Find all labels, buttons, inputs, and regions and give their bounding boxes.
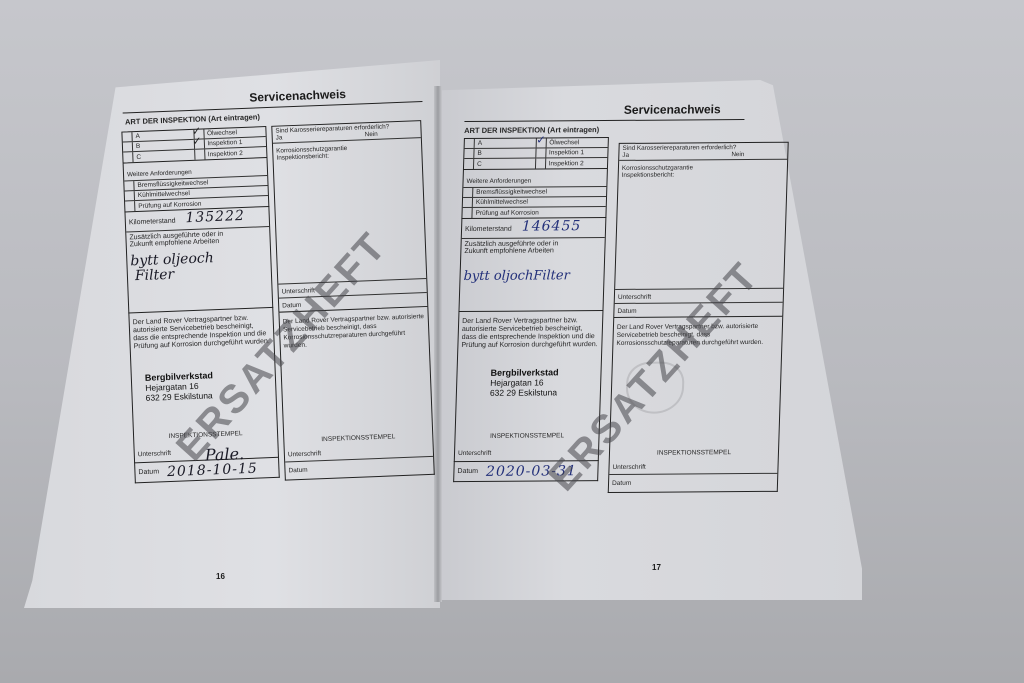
inspection-type-heading: ART DER INSPEKTION (Art eintragen) xyxy=(464,124,819,135)
additional-work-label: Zusätzlich ausgeführte oder in Zukunft e… xyxy=(129,230,239,248)
title-divider xyxy=(464,119,744,122)
odometer-field[interactable]: Kilometerstand 146455 xyxy=(462,218,606,239)
handwriting-line: Filter xyxy=(135,264,268,284)
checkbox[interactable] xyxy=(195,149,205,159)
corrosion-report-field[interactable]: Korrosionsschutzgarantie Inspektionsberi… xyxy=(615,160,787,289)
additional-work-label: Zusätzlich ausgeführte oder in Zukunft e… xyxy=(464,240,579,255)
checkbox[interactable] xyxy=(535,158,545,168)
page-number-right: 17 xyxy=(652,563,661,572)
handwriting-line: bytt oljochFilter xyxy=(463,268,600,284)
signature-label: Unterschrift xyxy=(138,450,172,459)
answer-no[interactable]: Nein xyxy=(365,131,378,138)
page-number-left: 16 xyxy=(216,572,225,581)
checkbox[interactable] xyxy=(536,148,546,157)
checkbox[interactable] xyxy=(124,181,134,190)
checkmark-icon[interactable]: ✓ xyxy=(536,138,546,147)
certification-text: Der Land Rover Vertragspartner bzw. auto… xyxy=(133,314,271,351)
stamp-label: INSPEKTIONSSTEMPEL xyxy=(610,449,778,458)
option-a[interactable]: A xyxy=(465,139,536,149)
additional-work-field[interactable]: Zusätzlich ausgeführte oder in Zukunft e… xyxy=(459,238,604,311)
additional-work-handwriting: bytt oljeoch Filter xyxy=(130,249,268,284)
signature-label: Unterschrift xyxy=(288,450,322,459)
answer-yes[interactable]: Ja xyxy=(276,134,283,141)
checkbox[interactable] xyxy=(462,208,472,218)
further-requirements-heading: Weitere Anforderungen xyxy=(463,169,607,188)
dealer-name: Bergbilverkstad xyxy=(490,367,558,377)
further-requirements: Weitere Anforderungen Bremsflüssigkeitwe… xyxy=(123,158,270,213)
checkbox[interactable] xyxy=(123,152,133,162)
checkmark-icon[interactable]: ✓ xyxy=(194,139,204,148)
stamp-label: INSPEKTIONSSTEMPEL xyxy=(284,432,432,446)
checkbox[interactable] xyxy=(463,188,473,197)
checkbox[interactable] xyxy=(464,159,474,169)
checkbox[interactable] xyxy=(464,149,474,158)
corrosion-report-label: Korrosionsschutzgarantie Inspektionsberi… xyxy=(276,144,366,161)
checkbox[interactable] xyxy=(125,191,135,200)
date-label: Datum xyxy=(138,468,159,476)
option-oil-change[interactable]: ✓Ölwechsel xyxy=(536,138,608,149)
booklet-spine xyxy=(434,86,442,602)
inspection-type-grid: A B C ✓Ölwechsel Inspektion 1 Inspektion… xyxy=(463,137,609,170)
option-inspection-2[interactable]: Inspektion 2 xyxy=(535,158,607,169)
odometer-value: 146455 xyxy=(522,218,582,234)
additional-work-field[interactable]: Zusätzlich ausgeführte oder in Zukunft e… xyxy=(126,227,272,312)
page-title: Servicenachweis xyxy=(465,102,820,118)
odometer-label: Kilometerstand xyxy=(465,226,512,233)
further-requirements: Weitere Anforderungen Bremsflüssigkeitwe… xyxy=(461,169,608,219)
date-field[interactable]: Datum xyxy=(609,473,778,492)
option-c[interactable]: C xyxy=(464,159,535,169)
dealer-stamp: Bergbilverkstad Hejargatan 16 632 29 Esk… xyxy=(490,367,598,398)
option-inspection-1[interactable]: Inspektion 1 xyxy=(536,148,608,159)
checkbox[interactable] xyxy=(465,139,475,148)
answer-yes[interactable]: Ja xyxy=(622,152,629,159)
signature-label: Unterschrift xyxy=(458,450,491,458)
odometer-label: Kilometerstand xyxy=(129,218,176,227)
odometer-and-work: Kilometerstand 135222 Zusätzlich ausgefü… xyxy=(124,207,273,313)
dealer-city: 632 29 Eskilstuna xyxy=(490,387,597,398)
date-label: Datum xyxy=(457,468,478,475)
corrosion-report-label: Korrosionsschutzgarantie Inspektionsberi… xyxy=(622,164,712,179)
additional-work-handwriting: bytt oljochFilter xyxy=(463,268,600,284)
requirement-corrosion[interactable]: Prüfung auf Korrosion xyxy=(462,207,605,218)
checkbox[interactable] xyxy=(123,142,133,151)
odometer-value: 135222 xyxy=(185,208,245,226)
signature-label: Unterschrift xyxy=(612,464,645,472)
checkbox[interactable] xyxy=(125,201,135,211)
checkbox[interactable] xyxy=(122,132,132,141)
option-b[interactable]: B xyxy=(464,149,535,159)
service-record-right: Servicenachweis ART DER INSPEKTION (Art … xyxy=(464,102,820,137)
answer-no[interactable]: Nein xyxy=(731,151,744,158)
certification-text: Der Land Rover Vertragspartner bzw. auto… xyxy=(461,317,599,350)
odometer-and-work: Kilometerstand 146455 Zusätzlich ausgefü… xyxy=(458,218,606,312)
checkbox[interactable] xyxy=(463,198,473,207)
